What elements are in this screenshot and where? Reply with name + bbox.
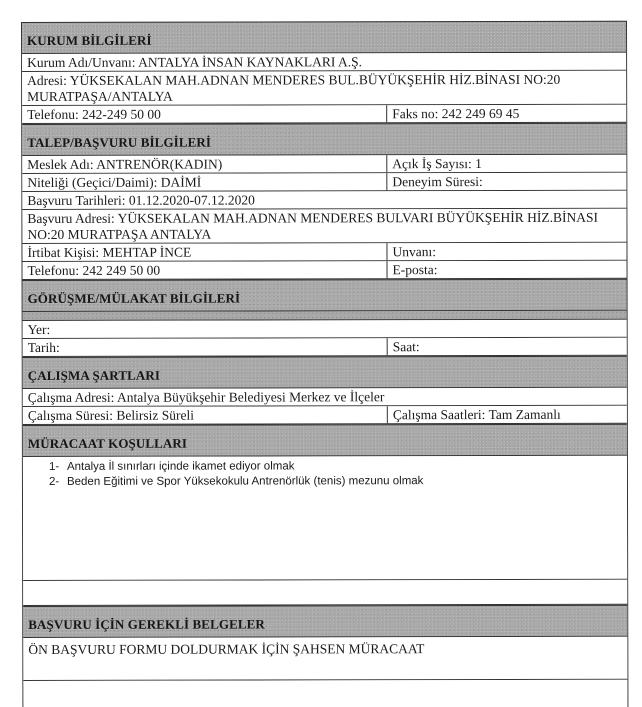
row-meslek: Meslek Adı: ANTRENÖR(KADIN) Açık İş Sayı… bbox=[22, 155, 626, 174]
row-basvuru-tarihleri: Başvuru Tarihleri: 01.12.2020-07.12.2020 bbox=[22, 191, 626, 210]
gerekli-belgeler-text: ÖN BAŞVURU FORMU DOLDURMAK İÇİN ŞAHSEN M… bbox=[23, 637, 627, 681]
row-kurum-adi: Kurum Adı/Unvanı: ANTALYA İNSAN KAYNAKLA… bbox=[22, 53, 626, 72]
condition-number: 1- bbox=[49, 460, 67, 475]
section-header-muracaat: MÜRACAAT KOŞULLARI bbox=[23, 424, 627, 457]
calisma-adresi: Çalışma Adresi: Antalya Büyükşehir Beled… bbox=[23, 388, 627, 406]
calisma-saatleri: Çalışma Saatleri: Tam Zamanlı bbox=[388, 406, 627, 424]
condition-item: 2- Beden Eğitimi ve Spor Yüksekokulu Ant… bbox=[49, 474, 627, 490]
row-talep-iletisim: Telefonu: 242 249 50 00 E-posta: bbox=[23, 261, 627, 280]
talep-eposta: E-posta: bbox=[388, 261, 627, 279]
row-kurum-adres: Adresi: YÜKSEKALAN MAH.ADNAN MENDERES BU… bbox=[22, 71, 626, 106]
row-calisma-suresi: Çalışma Süresi: Belirsiz Süreli Çalışma … bbox=[23, 406, 627, 425]
gorusme-tarih: Tarih: bbox=[23, 338, 388, 356]
calisma-suresi: Çalışma Süresi: Belirsiz Süreli bbox=[23, 406, 388, 424]
unvani: Unvanı: bbox=[387, 243, 626, 261]
kurum-telefon: Telefonu: 242-249 50 00 bbox=[22, 105, 387, 123]
section-header-kurum: KURUM BİLGİLERİ bbox=[22, 21, 626, 54]
section-header-belgeler: BAŞVURU İÇİN GEREKLİ BELGELER bbox=[23, 605, 627, 638]
blank-row bbox=[23, 680, 627, 707]
row-basvuru-adresi: Başvuru Adresi: YÜKSEKALAN MAH.ADNAN MEN… bbox=[22, 209, 626, 244]
kurum-adi: Kurum Adı/Unvanı: ANTALYA İNSAN KAYNAKLA… bbox=[22, 53, 626, 71]
section-header-talep: TALEP/BAŞVURU BİLGİLERİ bbox=[22, 123, 626, 156]
row-kurum-iletisim: Telefonu: 242-249 50 00 Faks no: 242 249… bbox=[22, 105, 626, 124]
basvuru-tarihleri: Başvuru Tarihleri: 01.12.2020-07.12.2020 bbox=[22, 191, 626, 209]
gorusme-saat: Saat: bbox=[388, 338, 627, 356]
form-table: KURUM BİLGİLERİ Kurum Adı/Unvanı: ANTALY… bbox=[21, 21, 628, 707]
row-calisma-adresi: Çalışma Adresi: Antalya Büyükşehir Beled… bbox=[23, 388, 627, 407]
kurum-adres: Adresi: YÜKSEKALAN MAH.ADNAN MENDERES BU… bbox=[22, 71, 626, 105]
blank-row bbox=[23, 580, 627, 606]
section-header-calisma: ÇALIŞMA ŞARTLARI bbox=[23, 356, 627, 389]
muracaat-conditions-list: 1- Antalya İl sınırları içinde ikamet ed… bbox=[23, 456, 627, 581]
niteligi: Niteliği (Geçici/Daimi): DAİMİ bbox=[22, 173, 387, 191]
section-header-gorusme: GÖRÜŞME/MÜLAKAT BİLGİLERİ bbox=[23, 279, 627, 312]
condition-text: Beden Eğitimi ve Spor Yüksekokulu Antren… bbox=[67, 474, 423, 490]
condition-number: 2- bbox=[49, 475, 67, 490]
row-niteligi: Niteliği (Geçici/Daimi): DAİMİ Deneyim S… bbox=[22, 173, 626, 192]
irtibat-kisisi: İrtibat Kişisi: MEHTAP İNCE bbox=[22, 243, 387, 261]
row-yer: Yer: bbox=[23, 320, 627, 339]
row-tarih-saat: Tarih: Saat: bbox=[23, 338, 627, 357]
condition-text: Antalya İl sınırları içinde ikamet ediyo… bbox=[67, 459, 295, 474]
talep-telefon: Telefonu: 242 249 50 00 bbox=[23, 261, 388, 279]
basvuru-adresi: Başvuru Adresi: YÜKSEKALAN MAH.ADNAN MEN… bbox=[22, 209, 626, 243]
gorusme-yer: Yer: bbox=[23, 320, 627, 338]
row-irtibat: İrtibat Kişisi: MEHTAP İNCE Unvanı: bbox=[22, 243, 626, 262]
deneyim-suresi: Deneyim Süresi: bbox=[387, 173, 626, 191]
job-posting-form-page: KURUM BİLGİLERİ Kurum Adı/Unvanı: ANTALY… bbox=[21, 21, 628, 707]
meslek-adi: Meslek Adı: ANTRENÖR(KADIN) bbox=[22, 155, 387, 173]
kurum-faks: Faks no: 242 249 69 45 bbox=[387, 105, 626, 123]
condition-item: 1- Antalya İl sınırları içinde ikamet ed… bbox=[49, 459, 627, 475]
acik-is-sayisi: Açık İş Sayısı: 1 bbox=[387, 155, 626, 173]
